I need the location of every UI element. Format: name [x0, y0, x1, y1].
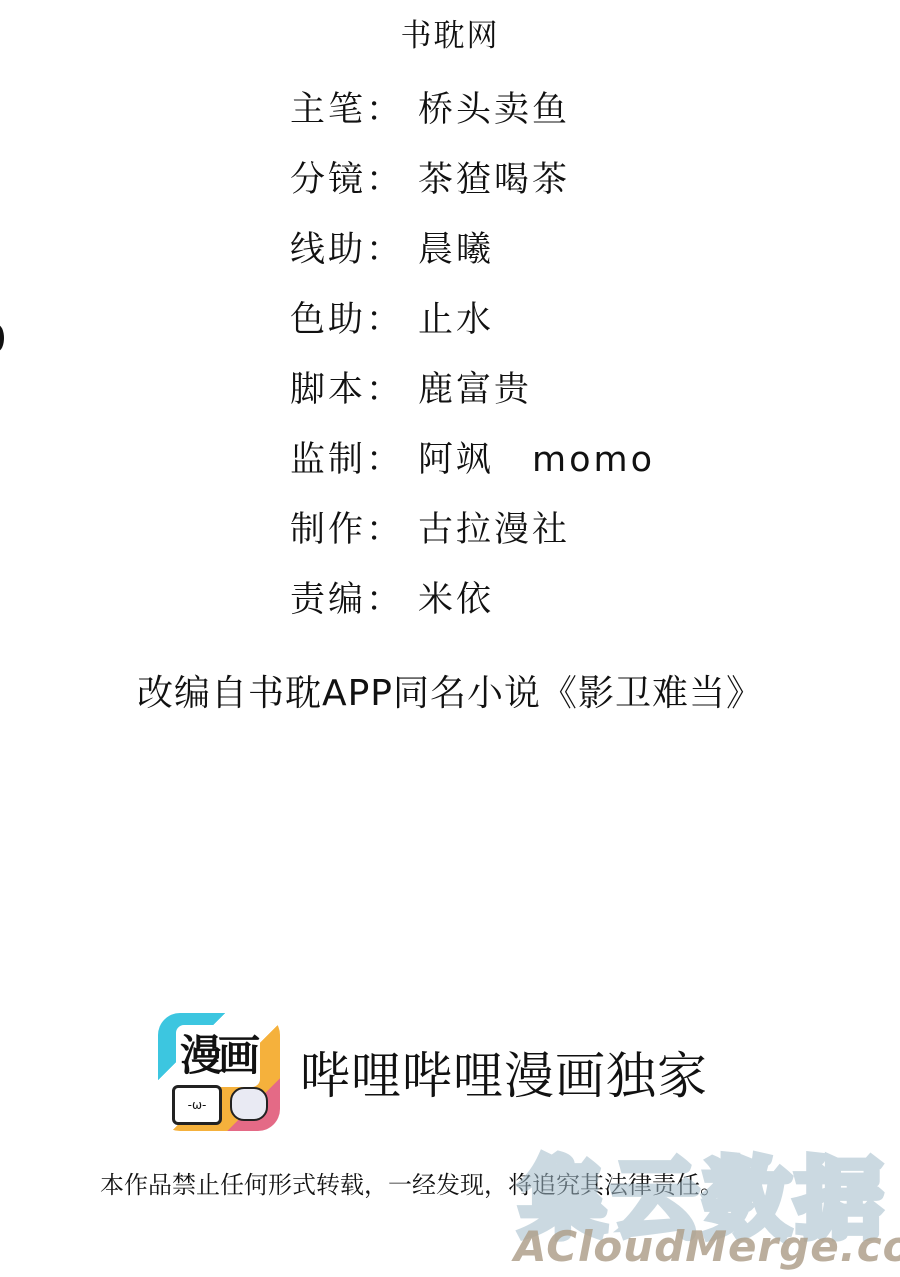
adaptation-source: 改编自书耽APP同名小说《影卫难当》	[0, 665, 900, 716]
credit-row-color-assistant: 色助： 止水	[290, 292, 494, 342]
credit-row-editor: 责编： 米依	[290, 572, 494, 622]
credit-label: 线助：	[290, 222, 418, 272]
tv-mascot-icon: -ω-	[172, 1085, 222, 1125]
credit-row-script: 脚本： 鹿富贵	[290, 362, 532, 412]
credit-value: 鹿富贵	[418, 362, 532, 412]
credit-row-line-assistant: 线助： 晨曦	[290, 222, 494, 272]
credit-label: 脚本：	[290, 362, 418, 412]
app-icon-text: 漫画	[176, 1025, 260, 1087]
credit-label: 分镜：	[290, 152, 418, 202]
credit-value: 晨曦	[418, 222, 494, 272]
credit-row-lead-artist: 主笔： 桥头卖鱼	[290, 82, 570, 132]
credit-value: 止水	[418, 292, 494, 342]
credit-label: 责编：	[290, 572, 418, 622]
edge-artifact	[0, 325, 4, 351]
brand-banner: 漫画 -ω- 哔哩哔哩漫画独家	[158, 1013, 708, 1131]
credit-value: 米依	[418, 572, 494, 622]
credit-label: 制作：	[290, 502, 418, 552]
credit-label: 主笔：	[290, 82, 418, 132]
thumbs-up-icon	[230, 1087, 268, 1121]
credit-value: 古拉漫社	[418, 502, 570, 552]
credit-value: 桥头卖鱼	[418, 82, 570, 132]
credit-label: 色助：	[290, 292, 418, 342]
credit-value: 阿飒 momo	[418, 432, 655, 482]
bilibili-comics-app-icon: 漫画 -ω-	[158, 1013, 280, 1131]
credit-value: 茶猹喝茶	[418, 152, 570, 202]
credit-label: 监制：	[290, 432, 418, 482]
credit-row-supervisor: 监制： 阿飒 momo	[290, 432, 655, 482]
brand-exclusive-text: 哔哩哔哩漫画独家	[300, 1036, 708, 1108]
watermark-english: ACloudMerge.com	[514, 1222, 900, 1271]
page-title: 书耽网	[0, 10, 900, 55]
credit-row-storyboard: 分镜： 茶猹喝茶	[290, 152, 570, 202]
credit-row-production: 制作： 古拉漫社	[290, 502, 570, 552]
